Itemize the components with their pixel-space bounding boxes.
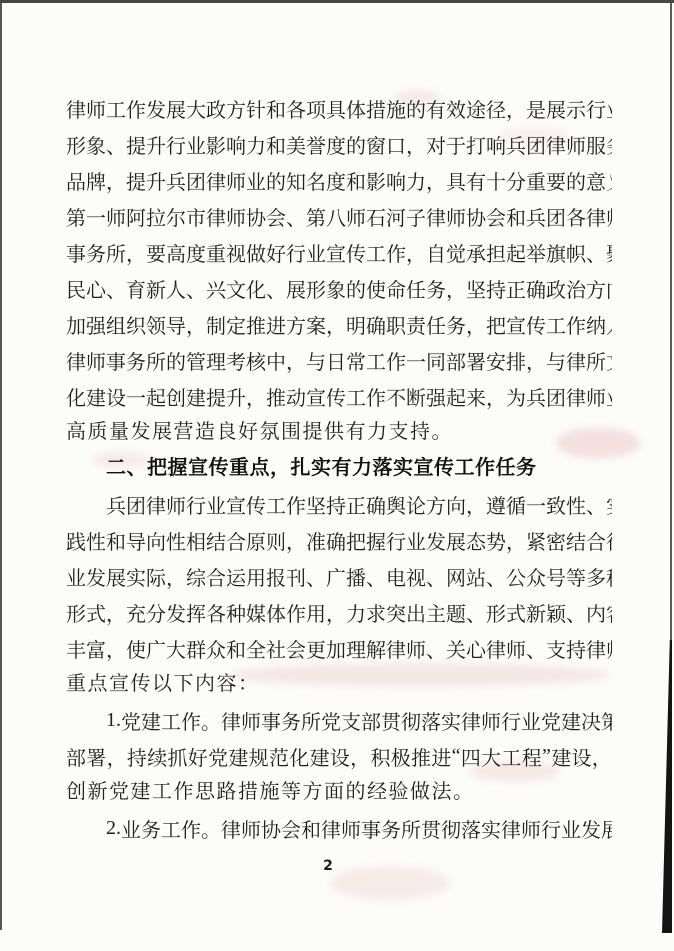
document-body: 律师工作发展大政方针和各项具体措施的有效途径，是展示行业 形象、提升行业影响力和… xyxy=(66,90,612,846)
body-line: 业发展实际，综合运用报刊、广播、电视、网站、公众号等多种 xyxy=(66,558,612,594)
list-item-line: 2.业务工作。律师协会和律师事务所贯彻落实律师行业发展 xyxy=(66,810,612,846)
body-line: 第一师阿拉尔市律师协会、第八师石河子律师协会和兵团各律师 xyxy=(66,198,612,234)
body-line: 形式，充分发挥各种媒体作用，力求突出主题、形式新颖、内容 xyxy=(66,594,612,630)
scan-edge-right-wedge xyxy=(662,640,672,933)
body-line: 兵团律师行业宣传工作坚持正确舆论方向，遵循一致性、实 xyxy=(66,486,612,522)
list-item-line: 1.党建工作。律师事务所党支部贯彻落实律师行业党建决策 xyxy=(66,702,612,738)
body-line: 践性和导向性相结合原则，准确把握行业发展态势，紧密结合行 xyxy=(66,522,612,558)
body-line: 化建设一起创建提升，推动宣传工作不断强起来，为兵团律师业 xyxy=(66,378,612,414)
body-line: 重点宣传以下内容： xyxy=(66,666,612,702)
scan-edge-right xyxy=(670,3,672,653)
section-heading: 二、把握宣传重点，扎实有力落实宣传工作任务 xyxy=(66,450,612,486)
body-line: 加强组织领导，制定推进方案，明确职责任务，把宣传工作纳入 xyxy=(66,306,612,342)
body-line: 律师事务所的管理考核中，与日常工作一同部署安排，与律所文 xyxy=(66,342,612,378)
body-line: 丰富，使广大群众和全社会更加理解律师、关心律师、支持律师。 xyxy=(66,630,612,666)
scan-edge-top xyxy=(0,0,674,3)
body-line: 品牌，提升兵团律师业的知名度和影响力，具有十分重要的意义。 xyxy=(66,162,612,198)
body-line: 民心、育新人、兴文化、展形象的使命任务，坚持正确政治方向， xyxy=(66,270,612,306)
body-line: 形象、提升行业影响力和美誉度的窗口，对于打响兵团律师服务 xyxy=(66,126,612,162)
body-line: 律师工作发展大政方针和各项具体措施的有效途径，是展示行业 xyxy=(66,90,612,126)
body-line: 部署，持续抓好党建规范化建设，积极推进“四大工程”建设， xyxy=(66,738,612,774)
page-number: 2 xyxy=(0,858,656,874)
body-line: 创新党建工作思路措施等方面的经验做法。 xyxy=(66,774,612,810)
body-line: 事务所，要高度重视做好行业宣传工作，自觉承担起举旗帜、聚 xyxy=(66,234,612,270)
scan-edge-left xyxy=(0,3,2,930)
body-line: 高质量发展营造良好氛围提供有力支持。 xyxy=(66,414,612,450)
scanned-document-page: 律师工作发展大政方针和各项具体措施的有效途径，是展示行业 形象、提升行业影响力和… xyxy=(0,0,674,951)
